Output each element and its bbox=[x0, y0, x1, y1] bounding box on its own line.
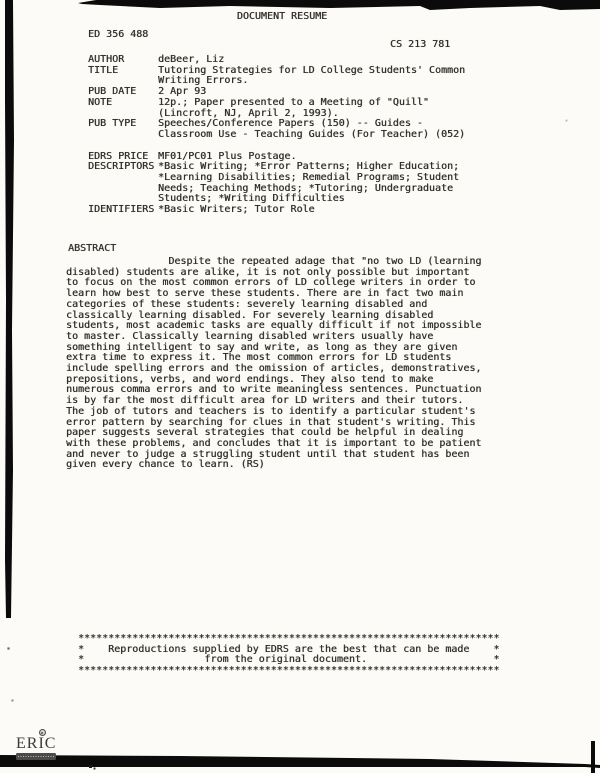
abstract-section-label: ABSTRACT bbox=[68, 244, 116, 255]
edrs-reproduction-notice: ****************************************… bbox=[78, 634, 499, 676]
scan-artifact-right-sliver bbox=[591, 741, 595, 773]
scanned-document-page: DOCUMENT RESUME ED 356 488 CS 213 781 AU… bbox=[0, 0, 600, 773]
abstract-text: Despite the repeated adage that "no two … bbox=[66, 257, 481, 471]
metadata-table: AUTHOR deBeer, Liz TITLE Tutoring Strate… bbox=[88, 55, 465, 216]
scan-artifact-bottom-bar bbox=[0, 753, 600, 771]
identifiers-field-label: IDENTIFIERS bbox=[88, 205, 158, 216]
title-field-label: TITLE bbox=[88, 66, 158, 77]
note-field-value: 12p.; Paper presented to a Meeting of "Q… bbox=[158, 98, 429, 119]
descriptors-field-label: DESCRIPTORS bbox=[88, 162, 158, 173]
scan-noise-speckles bbox=[0, 0, 1, 1]
eric-logo-banner bbox=[16, 753, 56, 760]
eric-logo: ERIC bbox=[16, 733, 60, 760]
document-type-heading: DOCUMENT RESUME bbox=[0, 12, 564, 23]
note-field-label: NOTE bbox=[88, 98, 158, 109]
clearinghouse-number: CS 213 781 bbox=[390, 40, 450, 51]
metadata-row-descriptors: DESCRIPTORS *Basic Writing; *Error Patte… bbox=[88, 162, 465, 205]
descriptors-field-value: *Basic Writing; *Error Patterns; Higher … bbox=[158, 162, 459, 205]
scan-artifact-left-bar bbox=[4, 0, 15, 618]
metadata-row-pub-type: PUB TYPE Speeches/Conference Papers (150… bbox=[88, 119, 465, 140]
metadata-row-identifiers: IDENTIFIERS *Basic Writers; Tutor Role bbox=[88, 205, 465, 216]
eric-logo-wordmark: ERIC bbox=[16, 735, 56, 753]
pub-type-field-label: PUB TYPE bbox=[88, 119, 158, 130]
identifiers-field-value: *Basic Writers; Tutor Role bbox=[158, 205, 315, 216]
metadata-row-title: TITLE Tutoring Strategies for LD College… bbox=[88, 66, 465, 87]
metadata-row-note: NOTE 12p.; Paper presented to a Meeting … bbox=[88, 98, 465, 119]
eric-globe-icon bbox=[39, 729, 46, 736]
title-field-value: Tutoring Strategies for LD College Stude… bbox=[158, 66, 465, 87]
pub-type-field-value: Speeches/Conference Papers (150) -- Guid… bbox=[158, 119, 465, 140]
ed-accession-number: ED 356 488 bbox=[88, 30, 148, 41]
